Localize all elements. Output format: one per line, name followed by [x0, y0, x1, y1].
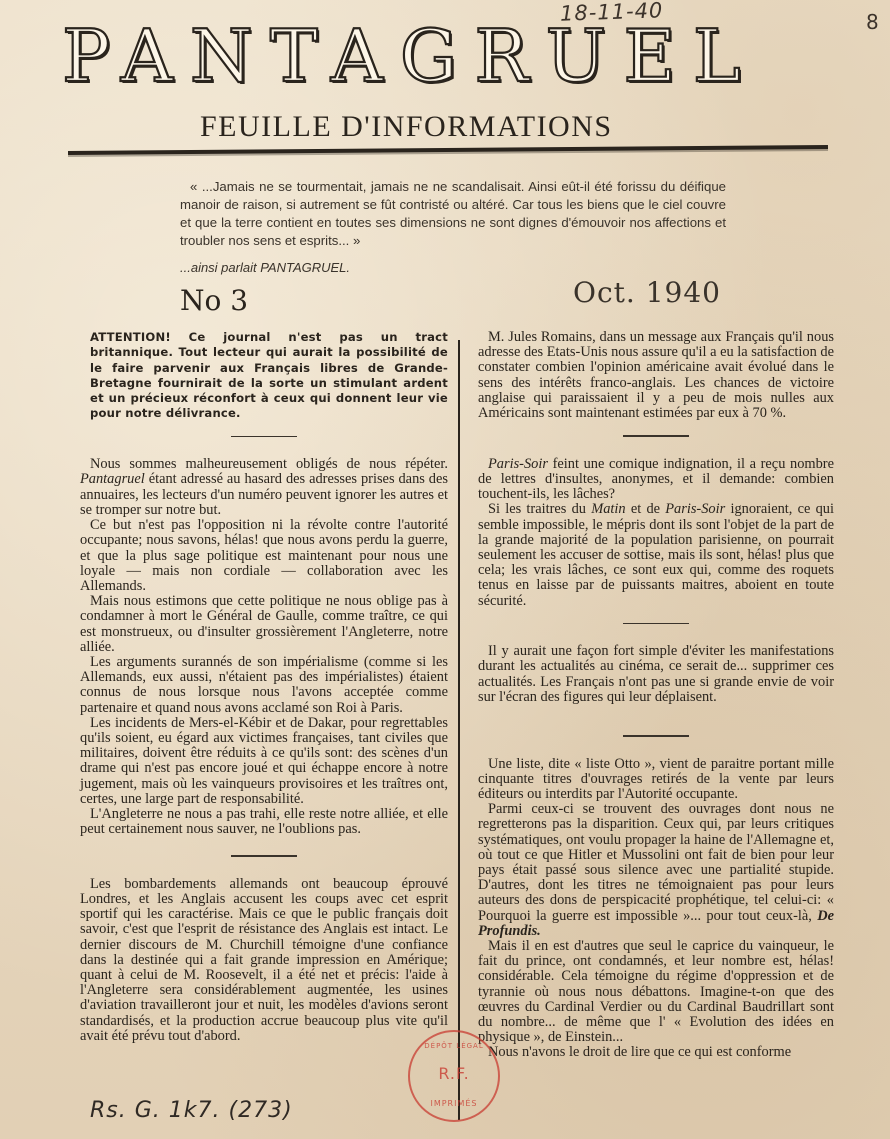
- paragraph: Mais nous estimons que cette politique n…: [80, 594, 448, 655]
- attention-notice: ATTENTION! Ce journal n'est pas un tract…: [90, 330, 448, 422]
- masthead-subtitle: FEUILLE D'INFORMATIONS: [200, 110, 613, 144]
- paragraph: Si les traitres du Matin et de Paris-Soi…: [478, 502, 834, 608]
- call-number: Rs. G. 1k7. (273): [90, 1098, 293, 1123]
- paragraph: Ce but n'est pas l'opposition ni la révo…: [80, 518, 448, 594]
- paragraph: Une liste, dite « liste Otto », vient de…: [478, 757, 834, 803]
- paragraph: Les bombardements allemands ont beaucoup…: [80, 877, 448, 1044]
- separator: [231, 855, 297, 857]
- paragraph: Mais il en est d'autres que seul le capr…: [478, 939, 834, 1045]
- epigraph: « ...Jamais ne se tourmentait, jamais ne…: [180, 178, 726, 250]
- library-stamp: DÉPÔT LÉGAL R.F. IMPRIMÉS: [408, 1030, 500, 1122]
- article-jules-romains: M. Jules Romains, dans un message aux Fr…: [478, 330, 834, 421]
- article-cinema: Il y aurait une façon fort simple d'évit…: [478, 644, 834, 705]
- article-collaboration: Nous sommes malheureusement obligés de n…: [80, 457, 448, 837]
- paragraph: Nous sommes malheureusement obligés de n…: [80, 457, 448, 518]
- paragraph: L'Angleterre ne nous a pas trahi, elle r…: [80, 807, 448, 837]
- epigraph-attribution: ...ainsi parlait PANTAGRUEL.: [180, 260, 350, 275]
- article-liste-otto: Une liste, dite « liste Otto », vient de…: [478, 757, 834, 1061]
- separator: [623, 623, 689, 625]
- separator: [623, 435, 689, 437]
- issue-number: No 3: [180, 284, 248, 317]
- column-divider: [458, 340, 460, 1120]
- paragraph: Parmi ceux-ci se trouvent des ouvrages d…: [478, 802, 834, 939]
- paragraph: Paris-Soir feint une comique indignation…: [478, 457, 834, 503]
- left-column: ATTENTION! Ce journal n'est pas un tract…: [80, 330, 448, 1044]
- separator: [231, 436, 297, 438]
- article-paris-soir: Paris-Soir feint une comique indignation…: [478, 457, 834, 609]
- paragraph: Nous n'avons le droit de lire que ce qui…: [478, 1045, 834, 1060]
- issue-date: Oct. 1940: [573, 276, 721, 309]
- pantagruel-title: Pantagruel: [80, 471, 145, 487]
- masthead-title: PANTAGRUEL: [62, 20, 842, 92]
- paragraph: Les arguments surannés de son impérialis…: [80, 655, 448, 716]
- page-mark: 8: [866, 10, 879, 34]
- article-bombardements: Les bombardements allemands ont beaucoup…: [80, 877, 448, 1044]
- right-column: M. Jules Romains, dans un message aux Fr…: [478, 330, 834, 1061]
- paragraph: Les incidents de Mers-el-Kébir et de Dak…: [80, 716, 448, 807]
- paragraph: M. Jules Romains, dans un message aux Fr…: [478, 330, 834, 421]
- paragraph: Il y aurait une façon fort simple d'évit…: [478, 644, 834, 705]
- separator: [623, 735, 689, 737]
